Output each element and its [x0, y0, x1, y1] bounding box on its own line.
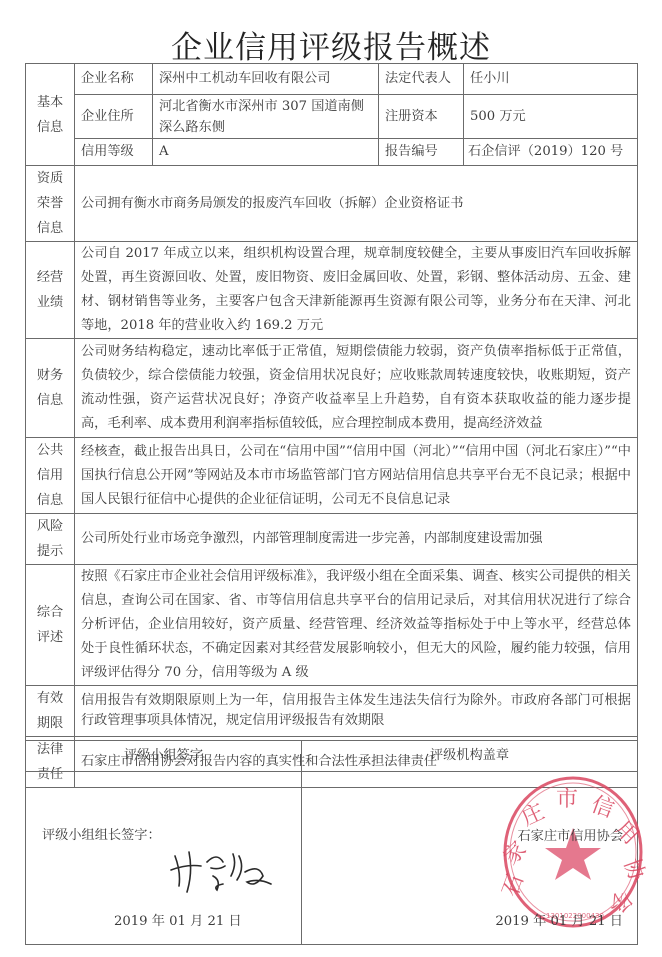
section-label-text: 风险提示 [37, 519, 63, 559]
section-text: 经核查，截止报告出具日，公司在“信用中国”“信用中国（河北）”“信用中国（河北石… [75, 438, 638, 514]
section-row-performance: 经营业绩 公司自 2017 年成立以来，组织机构设置合理，规章制度较健全，主要从… [26, 242, 638, 339]
section-label-basic: 基本 信息 [26, 64, 75, 166]
section-label-text: 有效期限 [37, 691, 63, 731]
svg-text:市: 市 [556, 787, 578, 812]
field-label: 企业名称 [75, 64, 153, 95]
section-label: 有效期限 [26, 686, 75, 737]
field-label: 报告编号 [379, 139, 464, 166]
section-label-text: 资质荣誉信息 [37, 171, 63, 236]
basic-row-grade: 信用等级 A 报告编号 石企信评（2019）120 号 [26, 139, 638, 166]
company-address-value: 河北省衡水市深州市 307 国道南侧深么路东侧 [153, 95, 379, 139]
signature-header-row: 评级小组签字 评级机构盖章 [26, 741, 638, 772]
section-text: 按照《石家庄市企业社会信用评级标准》，我评级小组在全面采集、调查、核实公司提供的… [75, 565, 638, 686]
svg-text:信: 信 [588, 792, 617, 823]
signature-right-header: 评级机构盖章 [302, 741, 638, 772]
section-label-text: 综合评述 [37, 605, 63, 645]
field-label: 法定代表人 [379, 64, 464, 95]
section-row-qualification: 资质荣誉信息 公司拥有衡水市商务局颁发的报废汽车回收（拆解）企业资格证书 [26, 166, 638, 242]
section-label-text: 经营业绩 [37, 270, 63, 310]
section-label-basic-line1: 基本 [37, 95, 63, 110]
signature-right-cell: 石 家 庄 市 信 用 协 会 1301022000430 石家庄市信用协会 2… [302, 772, 638, 945]
section-label: 风险提示 [26, 514, 75, 565]
section-text: 公司自 2017 年成立以来，组织机构设置合理，规章制度较健全，主要从事废旧汽车… [75, 242, 638, 339]
credit-grade-value: A [153, 139, 379, 166]
section-label: 经营业绩 [26, 242, 75, 339]
section-text: 信用报告有效期限原则上为一年，信用报告主体发生违法失信行为除外。市政府各部门可根… [75, 686, 638, 737]
legal-representative-value: 任小川 [464, 64, 638, 95]
field-label: 企业住所 [75, 95, 153, 139]
official-seal-icon: 石 家 庄 市 信 用 协 会 1301022000430 [498, 770, 648, 930]
section-text: 公司拥有衡水市商务局颁发的报废汽车回收（拆解）企业资格证书 [75, 166, 638, 242]
section-row-financial: 财务信息 公司财务结构稳定，速动比率低于正常值，短期偿债能力较弱，资产负债率指标… [26, 339, 638, 438]
section-row-public-credit: 公共信用信息 经核查，截止报告出具日，公司在“信用中国”“信用中国（河北）”“信… [26, 438, 638, 514]
section-text: 公司财务结构稳定，速动比率低于正常值，短期偿债能力较弱，资产负债率指标低于正常值… [75, 339, 638, 438]
signature-left-cell: 评级小组组长签字： 2019 年 01 月 21 日 [26, 772, 302, 945]
basic-row-address: 企业住所 河北省衡水市深州市 307 国道南侧深么路东侧 注册资本 500 万元 [26, 95, 638, 139]
signature-table: 评级小组签字 评级机构盖章 评级小组组长签字： 2019 年 01 月 21 日 [25, 740, 638, 945]
field-label: 信用等级 [75, 139, 153, 166]
section-row-summary: 综合评述 按照《石家庄市企业社会信用评级标准》，我评级小组在全面采集、调查、核实… [26, 565, 638, 686]
section-label: 综合评述 [26, 565, 75, 686]
section-row-validity: 有效期限 信用报告有效期限原则上为一年，信用报告主体发生违法失信行为除外。市政府… [26, 686, 638, 737]
report-table: 基本 信息 企业名称 深州中工机动车回收有限公司 法定代表人 任小川 企业住所 … [25, 63, 638, 788]
right-seal-date: 2019 年 01 月 21 日 [495, 910, 623, 934]
section-text: 公司所处行业市场竞争激烈，内部管理制度需进一步完善，内部制度建设需加强 [75, 514, 638, 565]
page-title: 企业信用评级报告概述 [0, 22, 662, 67]
section-label-text: 公共信用信息 [37, 443, 63, 508]
signature-left-header: 评级小组签字 [26, 741, 302, 772]
signature-body-row: 评级小组组长签字： 2019 年 01 月 21 日 [26, 772, 638, 945]
svg-text:协: 协 [618, 856, 648, 886]
left-sign-date: 2019 年 01 月 21 日 [114, 910, 242, 934]
section-label: 财务信息 [26, 339, 75, 438]
section-label: 资质荣誉信息 [26, 166, 75, 242]
section-row-risk: 风险提示 公司所处行业市场竞争激烈，内部管理制度需进一步完善，内部制度建设需加强 [26, 514, 638, 565]
organization-name: 石家庄市信用协会 [518, 825, 624, 849]
basic-row-name: 基本 信息 企业名称 深州中工机动车回收有限公司 法定代表人 任小川 [26, 64, 638, 95]
handwritten-signature-icon [167, 846, 277, 896]
section-label-basic-line2: 信息 [37, 120, 63, 135]
registered-capital-value: 500 万元 [464, 95, 638, 139]
company-name-value: 深州中工机动车回收有限公司 [153, 64, 379, 95]
field-label: 注册资本 [379, 95, 464, 139]
section-label-text: 财务信息 [37, 368, 63, 408]
leader-signature-label: 评级小组组长签字： [42, 824, 161, 848]
section-label: 公共信用信息 [26, 438, 75, 514]
report-number-value: 石企信评（2019）120 号 [464, 139, 638, 166]
